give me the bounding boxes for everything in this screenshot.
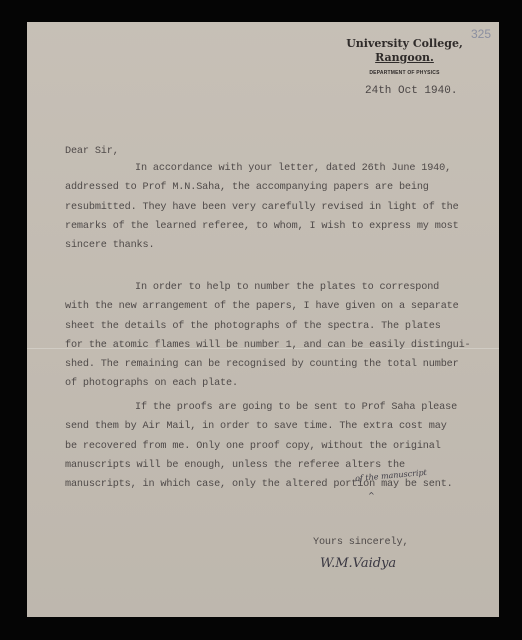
closing: Yours sincerely, <box>313 537 408 548</box>
letterhead: University College, Rangoon. DEPARTMENT … <box>342 37 467 76</box>
text-line: addressed to Prof M.N.Saha, the accompan… <box>65 178 495 197</box>
text-line: sincere thanks. <box>65 236 495 255</box>
letter-date: 24th Oct 1940. <box>365 85 457 97</box>
paragraph-1: In accordance with your letter, dated 26… <box>65 159 495 255</box>
paragraph-3: If the proofs are going to be sent to Pr… <box>65 398 495 494</box>
archive-number: 325 <box>471 27 491 41</box>
signature: W.M.Vaidya <box>320 556 396 571</box>
letterhead-city: Rangoon. <box>342 51 467 64</box>
text-line: If the proofs are going to be sent to Pr… <box>65 398 495 417</box>
text-line: sheet the details of the photographs of … <box>65 317 495 336</box>
letterhead-institution: University College, <box>342 37 467 50</box>
text-line: of photographs on each plate. <box>65 374 495 393</box>
text-line: manuscripts will be enough, unless the r… <box>65 456 495 475</box>
text-line: for the atomic flames will be number 1, … <box>65 336 495 355</box>
text-line: In order to help to number the plates to… <box>65 278 495 297</box>
letterhead-department: DEPARTMENT OF PHYSICS <box>342 70 467 76</box>
text-line: be recovered from me. Only one proof cop… <box>65 437 495 456</box>
text-line: with the new arrangement of the papers, … <box>65 297 495 316</box>
text-line: shed. The remaining can be recognised by… <box>65 355 495 374</box>
text-line: In accordance with your letter, dated 26… <box>65 159 495 178</box>
text-line: resubmitted. They have been very careful… <box>65 198 495 217</box>
text-line: send them by Air Mail, in order to save … <box>65 417 495 436</box>
text-line: remarks of the learned referee, to whom,… <box>65 217 495 236</box>
paragraph-2: In order to help to number the plates to… <box>65 278 495 394</box>
letter-page: 325 University College, Rangoon. DEPARTM… <box>27 22 499 617</box>
insertion-caret: ^ <box>368 491 375 500</box>
text-line: manuscripts, in which case, only the alt… <box>65 475 495 494</box>
salutation: Dear Sir, <box>65 146 119 157</box>
